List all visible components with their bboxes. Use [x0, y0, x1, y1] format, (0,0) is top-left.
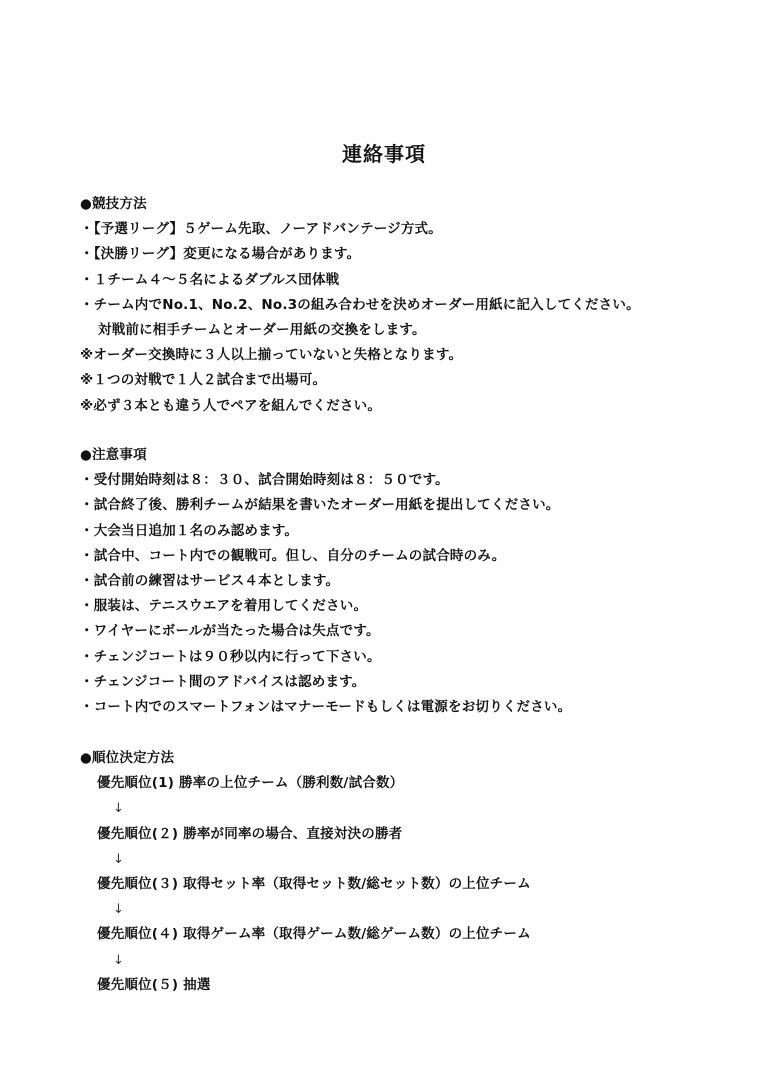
- ranking-priority-1: 優先順位(1) 勝率の上位チーム（勝利数/試合数）: [80, 771, 740, 796]
- section-heading: ●順位決定方法: [80, 746, 740, 771]
- ranking-priority-4: 優先順位(４) 取得ゲーム率（取得ゲーム数/総ゲーム数）の上位チーム: [80, 922, 740, 947]
- note-item: ※必ず３本とも違う人でペアを組んでください。: [80, 394, 740, 419]
- list-item: ・試合終了後、勝利チームが結果を書いたオーダー用紙を提出してください。: [80, 493, 740, 518]
- down-arrow-icon: ↓: [80, 796, 740, 821]
- document-page: 連絡事項 ●競技方法 ・【予選リーグ】５ゲーム先取、ノーアドバンテージ方式。 ・…: [0, 0, 765, 1080]
- list-item: ・ワイヤーにボールが当たった場合は失点です。: [80, 619, 740, 644]
- page-title: 連絡事項: [0, 140, 765, 168]
- ranking-priority-2: 優先順位(２) 勝率が同率の場合、直接対決の勝者: [80, 822, 740, 847]
- section-heading: ●注意事項: [80, 443, 740, 468]
- list-item: ・チェンジコートは９０秒以内に行って下さい。: [80, 645, 740, 670]
- note-item: ※オーダー交換時に３人以上揃っていないと失格となります。: [80, 343, 740, 368]
- section-heading: ●競技方法: [80, 192, 740, 217]
- list-item-continuation: 対戦前に相手チームとオーダー用紙の交換をします。: [80, 318, 740, 343]
- down-arrow-icon: ↓: [80, 847, 740, 872]
- list-item: ・試合中、コート内での観戦可。但し、自分のチームの試合時のみ。: [80, 544, 740, 569]
- list-item: ・大会当日追加１名のみ認めます。: [80, 519, 740, 544]
- section-precautions: ●注意事項 ・受付開始時刻は８：３０、試合開始時刻は８：５０です。 ・試合終了後…: [80, 443, 740, 720]
- list-item: ・【予選リーグ】５ゲーム先取、ノーアドバンテージ方式。: [80, 217, 740, 242]
- ranking-priority-5: 優先順位(５) 抽選: [80, 973, 740, 998]
- list-item: ・１チーム４～５名によるダブルス団体戦: [80, 268, 740, 293]
- ranking-priority-3: 優先順位(３) 取得セット率（取得セット数/総セット数）の上位チーム: [80, 872, 740, 897]
- down-arrow-icon: ↓: [80, 897, 740, 922]
- list-item: ・受付開始時刻は８：３０、試合開始時刻は８：５０です。: [80, 468, 740, 493]
- list-item: ・コート内でのスマートフォンはマナーモードもしくは電源をお切りください。: [80, 695, 740, 720]
- list-item: ・服装は、テニスウエアを着用してください。: [80, 594, 740, 619]
- list-item: ・チーム内でNo.1、No.2、No.3の組み合わせを決めオーダー用紙に記入して…: [80, 293, 740, 318]
- section-competition-method: ●競技方法 ・【予選リーグ】５ゲーム先取、ノーアドバンテージ方式。 ・【決勝リー…: [80, 192, 740, 419]
- section-ranking-method: ●順位決定方法 優先順位(1) 勝率の上位チーム（勝利数/試合数） ↓ 優先順位…: [80, 746, 740, 998]
- down-arrow-icon: ↓: [80, 948, 740, 973]
- note-item: ※１つの対戦で１人２試合まで出場可。: [80, 368, 740, 393]
- list-item: ・試合前の練習はサービス４本とします。: [80, 569, 740, 594]
- list-item: ・【決勝リーグ】変更になる場合があります。: [80, 242, 740, 267]
- list-item: ・チェンジコート間のアドバイスは認めます。: [80, 670, 740, 695]
